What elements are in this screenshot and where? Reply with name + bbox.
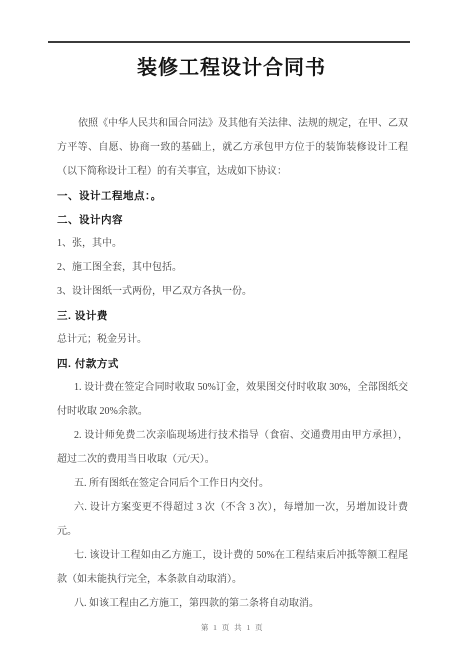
section-four-heading: 四. 付款方式 [57,352,408,376]
document-title: 装修工程设计合同书 [0,54,463,82]
section-five-clause: 五. 所有图纸在签定合同后个工作日内交付。 [57,472,408,496]
contract-body: 依照《中华人民共和国合同法》及其他有关法律、法规的规定，在甲、乙双方平等、自愿、… [0,112,463,640]
design-content-item-1: 1、张，其中。 [57,232,408,256]
section-eight-clause: 八. 如该工程由乙方施工，第四款的第二条将自动取消。 [57,592,408,616]
title-divider [48,41,410,43]
design-content-item-3: 3、设计图纸一式两份，甲乙双方各执一份。 [57,280,408,304]
design-fee-total: 总计元；税金另计。 [57,328,408,352]
design-content-item-2: 2、施工图全套，其中包括。 [57,256,408,280]
payment-term-2: 2. 设计师免费二次亲临现场进行技术指导（食宿、交通费用由甲方承担），超过二次的… [57,424,408,472]
contract-page: 装修工程设计合同书 依照《中华人民共和国合同法》及其他有关法律、法规的规定，在甲… [0,0,463,655]
section-two-heading: 二、设计内容 [57,208,408,232]
section-seven-clause: 七. 该设计工程如由乙方施工，设计费的 50%在工程结束后冲抵等额工程尾款（如未… [57,544,408,592]
intro-paragraph: 依照《中华人民共和国合同法》及其他有关法律、法规的规定，在甲、乙双方平等、自愿、… [57,112,408,184]
section-one-heading: 一、设计工程地点：。 [57,184,408,208]
page-number-footer: 第 1 页 共 1 页 [57,616,408,640]
section-three-heading: 三. 设计费 [57,304,408,328]
section-six-clause: 六. 设计方案变更不得超过 3 次（不含 3 次），每增加一次，另增加设计费元。 [57,496,408,544]
payment-term-1: 1. 设计费在签定合同时收取 50%订金，效果图交付时收取 30%，全部图纸交付… [57,376,408,424]
